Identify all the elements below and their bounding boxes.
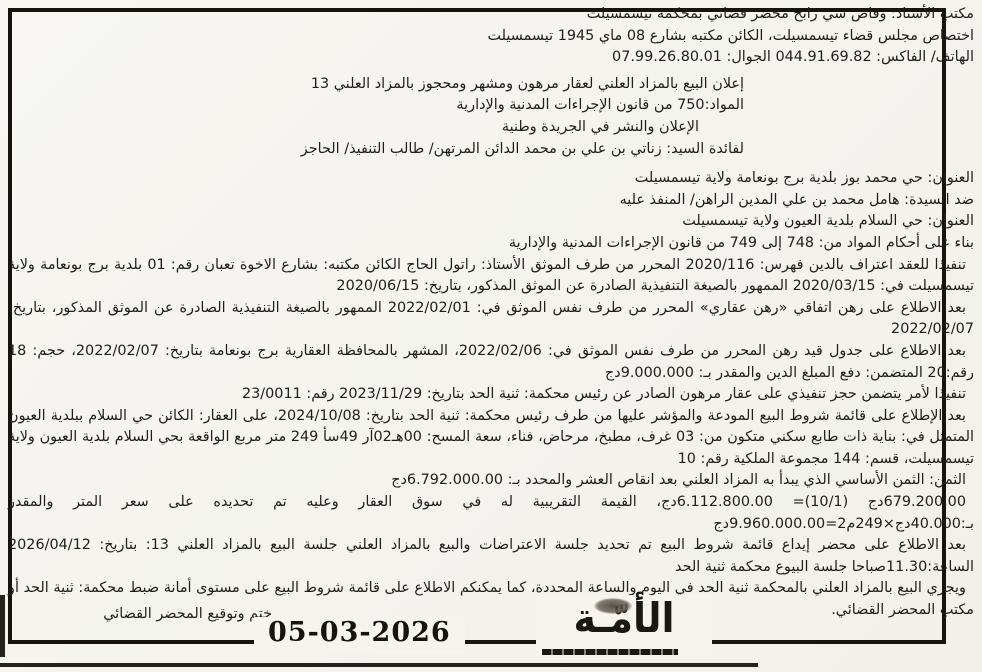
creditor-address-line: العنوان: حي محمد بوز بلدية برج بونعامة و… xyxy=(8,168,974,190)
newspaper-emblem-icon xyxy=(594,598,632,614)
law-articles-line: المواد:750 من قانون الإجراءات المدنية وا… xyxy=(8,95,744,117)
notice-content: مكتب الأستاذ: وقاص سي رابح محضر قضائي بم… xyxy=(8,4,974,668)
mortgage-registration-paragraph: بعد الاطلاع على جدول قيد رهن المحرر من ط… xyxy=(8,341,974,384)
legal-basis-line: بناء على أحكام المواد من: 748 إلى 749 من… xyxy=(8,233,974,255)
notice-body: العنوان: حي محمد بوز بلدية برج بونعامة و… xyxy=(8,168,974,621)
newspaper-logo-underline xyxy=(542,649,678,655)
publication-date: 05-03-2026 xyxy=(254,617,465,654)
debtor-address-line: العنوان: حي السلام بلدية العيون ولاية تي… xyxy=(8,211,974,233)
newspaper-logo: الأمّـة xyxy=(536,595,712,656)
auction-session-paragraph: بعد الاطلاع على محضر إيداع قائمة شروط ال… xyxy=(8,535,974,578)
base-price-line: الثمن: الثمن الأساسي الذي يبدأ به المزاد… xyxy=(8,470,974,492)
notice-title-block: إعلان البيع بالمزاد العلني لعقار مرهون و… xyxy=(8,74,744,160)
property-description-paragraph: بعد الإطلاع على قائمة شروط البيع المودعة… xyxy=(8,406,974,471)
bailiff-office-header: مكتب الأستاذ: وقاص سي رابح محضر قضائي بم… xyxy=(8,4,974,69)
scanned-newspaper-auction-notice: مكتب الأستاذ: وقاص سي رابح محضر قضائي بم… xyxy=(0,0,982,672)
seizure-order-paragraph: تنفيذا لأمر يتضمن حجز تنفيذي على عقار مر… xyxy=(8,384,974,406)
office-name-line: مكتب الأستاذ: وقاص سي رابح محضر قضائي بم… xyxy=(8,4,974,26)
phone-fax-line: الهاتف/ الفاكس: 044.91.69.82 الجوال: 07.… xyxy=(8,47,974,69)
jurisdiction-address-line: اختصاص مجلس قضاء تيسمسيلت، الكائن مكتبه … xyxy=(8,26,974,48)
beneficiary-line: لفائدة السيد: زناتي بن علي بن محمد الدائ… xyxy=(8,139,744,161)
stamp-signature-label: ختم وتوقيع المحضر القضائي xyxy=(52,606,272,622)
bottom-separator-rule xyxy=(0,663,758,667)
adjacent-column-rule xyxy=(0,595,5,657)
debt-deed-paragraph: تنفيذا للعقد اعتراف بالدين فهرس: 2020/11… xyxy=(8,255,974,298)
publication-line: الإعلان والنشر في الجريدة وطنية xyxy=(8,117,699,139)
mortgage-agreement-paragraph: بعد الاطلاع على رهن اتفاقي «رهن عقاري» ا… xyxy=(8,298,974,341)
debtor-line: ضد السيدة: هامل محمد بن علي المدين الراه… xyxy=(8,190,974,212)
notice-title: إعلان البيع بالمزاد العلني لعقار مرهون و… xyxy=(8,74,744,96)
price-calculation-line: 679.200.00دج (10/1)= 6.112.800.00دج، الق… xyxy=(8,492,974,535)
